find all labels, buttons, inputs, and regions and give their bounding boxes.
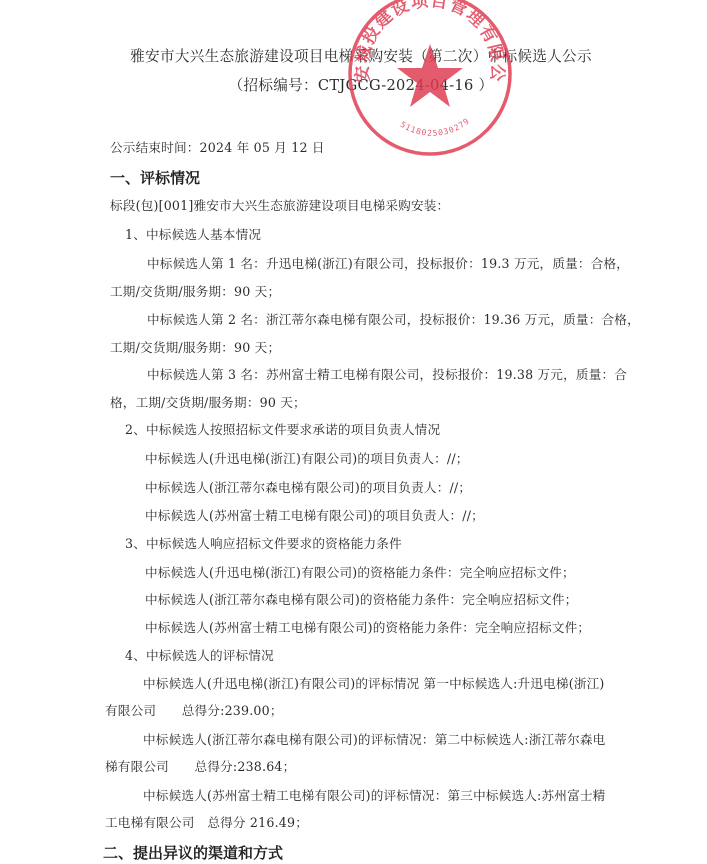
candidate-1-info-cont: 工期/交货期/服务期：90 天； — [110, 284, 280, 300]
subsection-3-heading: 3、中标候选人响应招标文件要求的资格能力条件 — [125, 536, 402, 552]
subsection-4-heading: 4、中标候选人的评标情况 — [125, 648, 274, 664]
project-leader-2: 中标候选人(浙江蒂尔森电梯有限公司)的项目负责人：//； — [145, 480, 471, 496]
qualification-2: 中标候选人(浙江蒂尔森电梯有限公司)的资格能力条件：完全响应招标文件； — [145, 592, 577, 608]
evaluation-3-cont: 工电梯有限公司 总得分 216.49； — [105, 815, 308, 831]
announcement-end-time: 公示结束时间：2024 年 05 月 12 日 — [110, 140, 325, 156]
project-leader-3: 中标候选人(苏州富士精工电梯有限公司)的项目负责人：//； — [145, 508, 484, 524]
candidate-2-info: 中标候选人第 2 名：浙江蒂尔森电梯有限公司，投标报价：19.36 万元，质量：… — [147, 312, 640, 328]
project-leader-1: 中标候选人(升迅电梯(浙江)有限公司)的项目负责人：//； — [145, 451, 469, 467]
qualification-1: 中标候选人(升迅电梯(浙江)有限公司)的资格能力条件：完全响应招标文件； — [145, 565, 575, 581]
candidate-3-info-cont: 格，工期/交货期/服务期：90 天； — [110, 395, 306, 411]
lot-description: 标段(包)[001]雅安市大兴生态旅游建设项目电梯采购安装： — [110, 198, 449, 214]
evaluation-1: 中标候选人(升迅电梯(浙江)有限公司)的评标情况 第一中标候选人:升迅电梯(浙江… — [143, 676, 605, 692]
document-title: 雅安市大兴生态旅游建设项目电梯采购安装（第二次）中标候选人公示 — [0, 48, 707, 66]
section-1-heading: 一、评标情况 — [110, 169, 200, 187]
candidate-1-info: 中标候选人第 1 名：升迅电梯(浙江)有限公司，投标报价：19.3 万元，质量：… — [147, 256, 629, 272]
subsection-1-heading: 1、中标候选人基本情况 — [125, 227, 261, 243]
evaluation-1-cont: 有限公司 总得分:239.00； — [105, 703, 283, 719]
subsection-2-heading: 2、中标候选人按照招标文件要求承诺的项目负责人情况 — [125, 422, 440, 438]
section-2-heading: 二、提出异议的渠道和方式 — [103, 844, 283, 862]
svg-text:雅安城投建设项目管理有限公司: 雅安城投建设项目管理有限公司 — [344, 0, 507, 83]
evaluation-2: 中标候选人(浙江蒂尔森电梯有限公司)的评标情况：第二中标候选人:浙江蒂尔森电 — [143, 732, 605, 748]
tender-number: （招标编号：CTJGCG-2024-04-16 ） — [0, 77, 707, 95]
qualification-3: 中标候选人(苏州富士精工电梯有限公司)的资格能力条件：完全响应招标文件； — [145, 620, 590, 636]
candidate-2-info-cont: 工期/交货期/服务期：90 天； — [110, 340, 280, 356]
document-page: 雅安市大兴生态旅游建设项目电梯采购安装（第二次）中标候选人公示 （招标编号：CT… — [0, 0, 707, 864]
svg-text:5118025030279: 5118025030279 — [399, 116, 472, 138]
evaluation-3: 中标候选人(苏州富士精工电梯有限公司)的评标情况：第三中标候选人:苏州富士精 — [143, 788, 605, 804]
candidate-3-info: 中标候选人第 3 名：苏州富士精工电梯有限公司，投标报价：19.38 万元，质量… — [147, 367, 627, 383]
evaluation-2-cont: 梯有限公司 总得分:238.64； — [105, 759, 295, 775]
